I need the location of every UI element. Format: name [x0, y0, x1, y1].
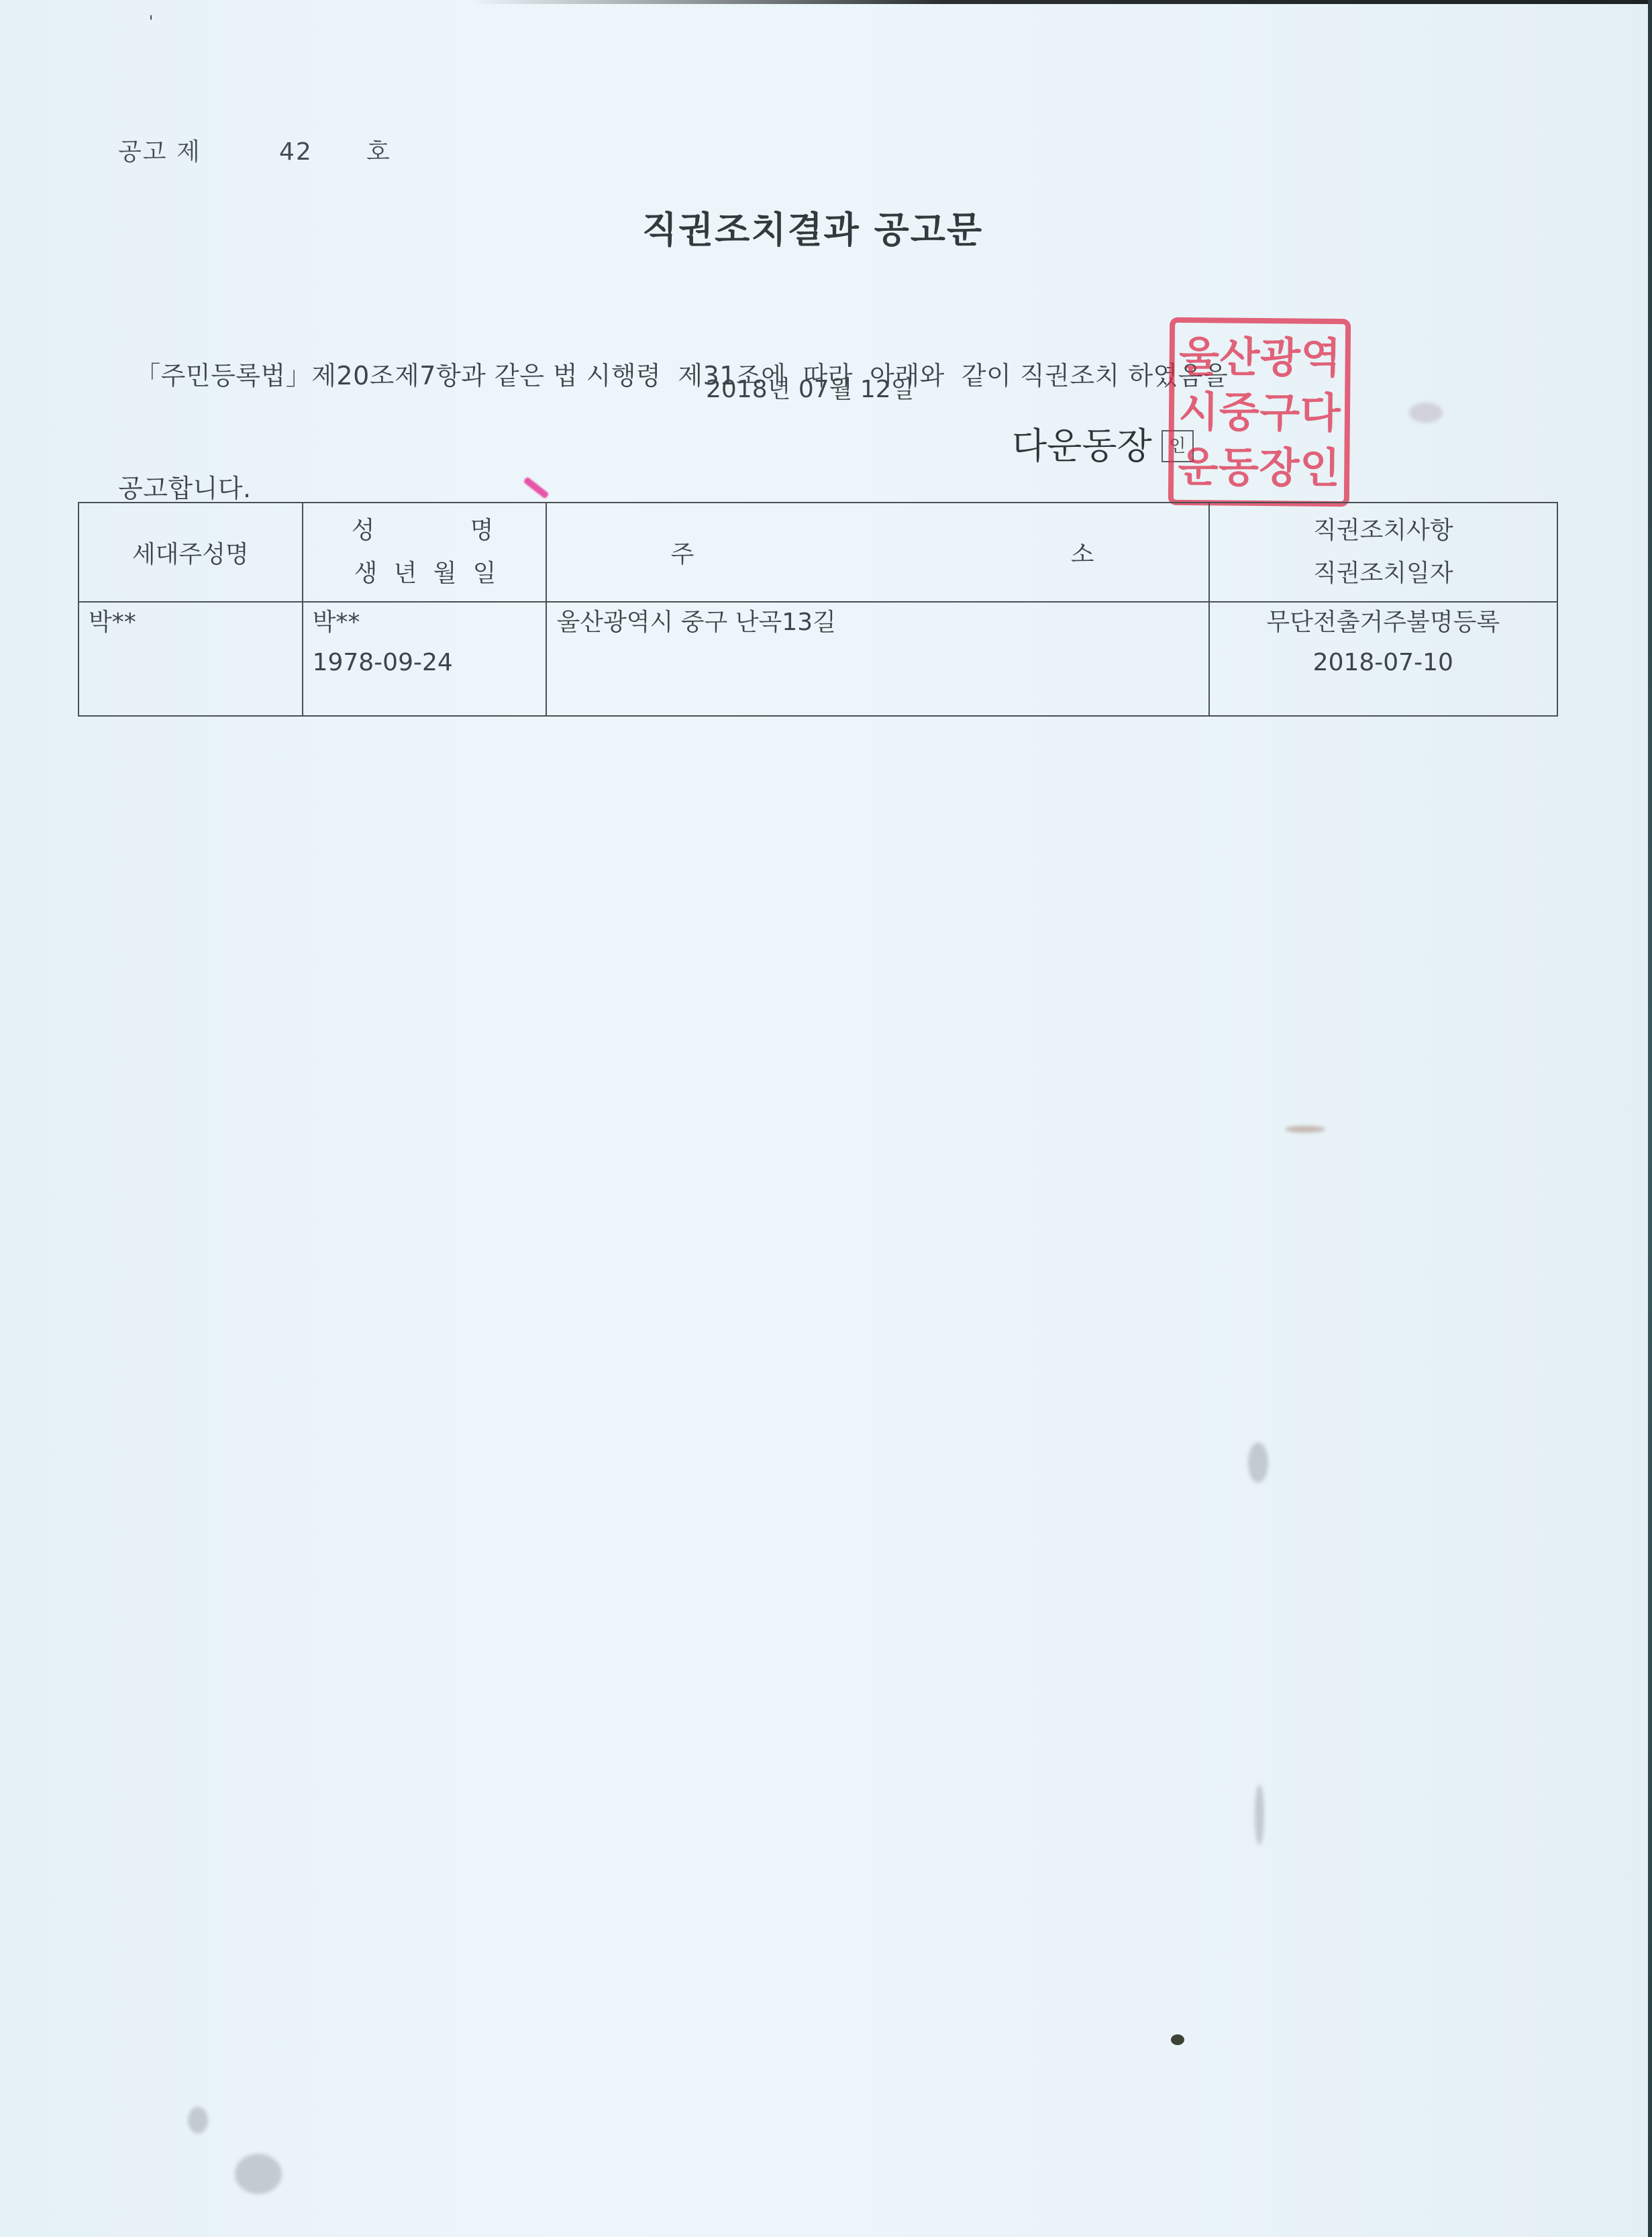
scan-dust	[1171, 2034, 1184, 2045]
header-char: 일	[473, 552, 497, 595]
notice-number-value: 42	[279, 138, 366, 166]
document-title: 직권조치결과 공고문	[0, 201, 1652, 253]
stamp-char: 울	[1178, 329, 1219, 385]
stamp-char: 중	[1219, 384, 1259, 440]
header-char: 성	[352, 509, 375, 552]
action-record-table: 세대주성명 성 명 생 년 월 일 주	[78, 502, 1558, 717]
header-char: 소	[1071, 535, 1094, 570]
stamp-char: 산	[1219, 329, 1260, 385]
header-char: 주	[670, 535, 694, 570]
header-birth-date: 생 년 월 일	[303, 552, 546, 595]
action-item: 무단전출거주불명등록	[1210, 603, 1557, 643]
stamp-char: 인	[1299, 441, 1340, 497]
stamp-char: 역	[1300, 331, 1341, 386]
cell-address: 울산광역시 중구 난곡13길	[546, 602, 1208, 716]
scan-edge-right	[1648, 0, 1652, 2237]
header-action: 직권조치사항 직권조치일자	[1209, 503, 1557, 602]
stamp-char: 광	[1259, 330, 1300, 386]
cell-householder-name: 박**	[79, 602, 303, 716]
notice-number: 공고 제42호	[118, 133, 391, 167]
cell-action: 무단전출거주불명등록 2018-07-10	[1209, 602, 1557, 716]
stamp-char: 운	[1178, 439, 1219, 495]
header-action-item: 직권조치사항	[1210, 509, 1557, 552]
scan-dust	[150, 15, 152, 20]
scan-smudge	[235, 2154, 282, 2194]
header-char: 명	[470, 509, 494, 552]
header-name-birth: 성 명 생 년 월 일	[303, 503, 547, 602]
cell-name-birth: 박** 1978-09-24	[303, 602, 547, 716]
stamp-char: 구	[1259, 385, 1300, 441]
official-seal-stamp: 울 시 운 산 중 동 광 구 장 역 다 인	[1168, 317, 1351, 507]
header-householder-name: 세대주성명	[79, 503, 303, 602]
header-char: 월	[433, 552, 457, 595]
stamp-char: 시	[1178, 384, 1219, 440]
scan-edge-top	[470, 0, 1652, 4]
notice-number-label: 공고 제	[118, 133, 279, 167]
header-char: 년	[394, 552, 417, 595]
address: 울산광역시 중구 난곡13길	[556, 609, 835, 636]
householder-name: 박**	[89, 609, 136, 636]
scan-smudge	[1248, 1443, 1268, 1483]
scan-smudge	[1285, 1126, 1325, 1133]
notice-number-suffix: 호	[366, 133, 391, 167]
stamp-char: 다	[1300, 386, 1341, 441]
signer-name: 다운동장	[1012, 417, 1152, 469]
scan-smudge	[1255, 1785, 1264, 1845]
header-action-date: 직권조치일자	[1210, 552, 1557, 595]
header-label: 세대주성명	[132, 541, 249, 568]
table-header-row: 세대주성명 성 명 생 년 월 일 주	[79, 503, 1557, 602]
person-name: 박**	[313, 603, 546, 643]
header-address: 주 소	[546, 503, 1208, 602]
header-name: 성 명	[303, 509, 546, 552]
scan-smudge	[188, 2107, 208, 2134]
document-page: 공고 제42호 직권조치결과 공고문 「주민등록법」제20조제7항과 같은 법 …	[0, 0, 1652, 2237]
header-char: 생	[354, 552, 378, 595]
table-row: 박** 박** 1978-09-24 울산광역시 중구 난곡13길 무단전출거주…	[79, 602, 1557, 716]
issue-date: 2018년 07월 12일	[706, 370, 914, 405]
signer: 다운동장 인	[1012, 417, 1194, 469]
stamp-char: 동	[1218, 439, 1259, 495]
action-date: 2018-07-10	[1210, 643, 1557, 683]
stamp-char: 장	[1259, 440, 1300, 496]
birth-date: 1978-09-24	[313, 643, 546, 683]
